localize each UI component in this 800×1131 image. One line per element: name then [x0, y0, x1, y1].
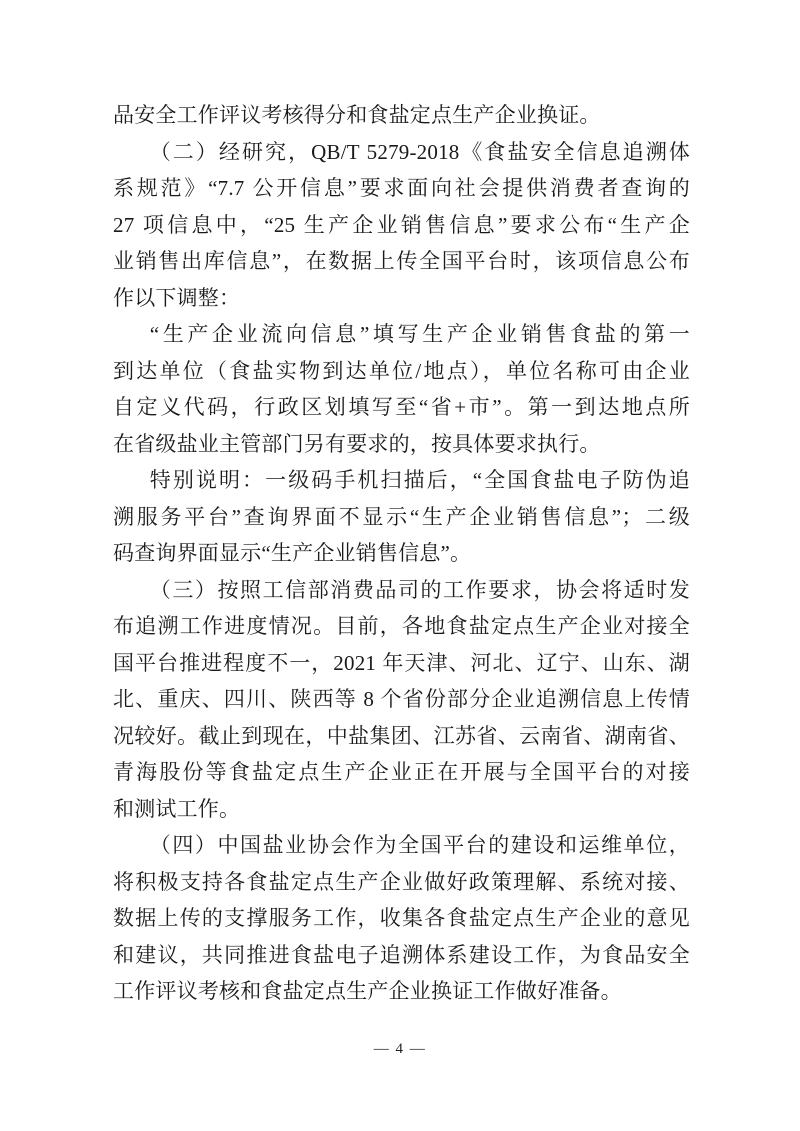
text-line: 码查询界面显示“生产企业销售信息”。 [113, 535, 690, 572]
text-line: 况较好。截止到现在，中盐集团、江苏省、云南省、湖南省、 [113, 718, 690, 755]
text-line: 27 项信息中，“25 生产企业销售信息”要求公布“生产企 [113, 207, 690, 244]
text-line: 业销售出库信息”，在数据上传全国平台时，该项信息公布 [113, 243, 690, 280]
text-line: 将积极支持各食盐定点生产企业做好政策理解、系统对接、 [113, 864, 690, 901]
text-line: 溯服务平台”查询界面不显示“生产企业销售信息”；二级 [113, 499, 690, 536]
text-line: 和测试工作。 [113, 791, 690, 828]
text-line: 特别说明：一级码手机扫描后，“全国食盐电子防伪追 [113, 462, 690, 499]
text-line: （二）经研究，QB/T 5279-2018《食盐安全信息追溯体 [113, 134, 690, 171]
text-line: 品安全工作评议考核得分和食盐定点生产企业换证。 [113, 97, 690, 134]
text-line: 国平台推进程度不一，2021 年天津、河北、辽宁、山东、湖 [113, 645, 690, 682]
text-line: 北、重庆、四川、陕西等 8 个省份部分企业追溯信息上传情 [113, 681, 690, 718]
text-line: 工作评议考核和食盐定点生产企业换证工作做好准备。 [113, 973, 690, 1010]
text-line: 到达单位（食盐实物到达单位/地点），单位名称可由企业 [113, 353, 690, 390]
text-line: 布追溯工作进度情况。目前，各地食盐定点生产企业对接全 [113, 608, 690, 645]
text-line: 自定义代码，行政区划填写至“省+市”。第一到达地点所 [113, 389, 690, 426]
text-line: （三）按照工信部消费品司的工作要求，协会将适时发 [113, 572, 690, 609]
text-line: “生产企业流向信息”填写生产企业销售食盐的第一 [113, 316, 690, 353]
text-line: 和建议，共同推进食盐电子追溯体系建设工作，为食品安全 [113, 937, 690, 974]
text-line: 青海股份等食盐定点生产企业正在开展与全国平台的对接 [113, 754, 690, 791]
document-body: 品安全工作评议考核得分和食盐定点生产企业换证。 （二）经研究，QB/T 5279… [113, 97, 690, 1010]
text-line: 系规范》“7.7 公开信息”要求面向社会提供消费者查询的 [113, 170, 690, 207]
text-line: 作以下调整： [113, 280, 690, 317]
text-line: （四）中国盐业协会作为全国平台的建设和运维单位， [113, 827, 690, 864]
text-line: 在省级盐业主管部门另有要求的，按具体要求执行。 [113, 426, 690, 463]
page-number: — 4 — [0, 1041, 800, 1058]
text-line: 数据上传的支撑服务工作，收集各食盐定点生产企业的意见 [113, 900, 690, 937]
document-page: 品安全工作评议考核得分和食盐定点生产企业换证。 （二）经研究，QB/T 5279… [0, 0, 800, 1131]
